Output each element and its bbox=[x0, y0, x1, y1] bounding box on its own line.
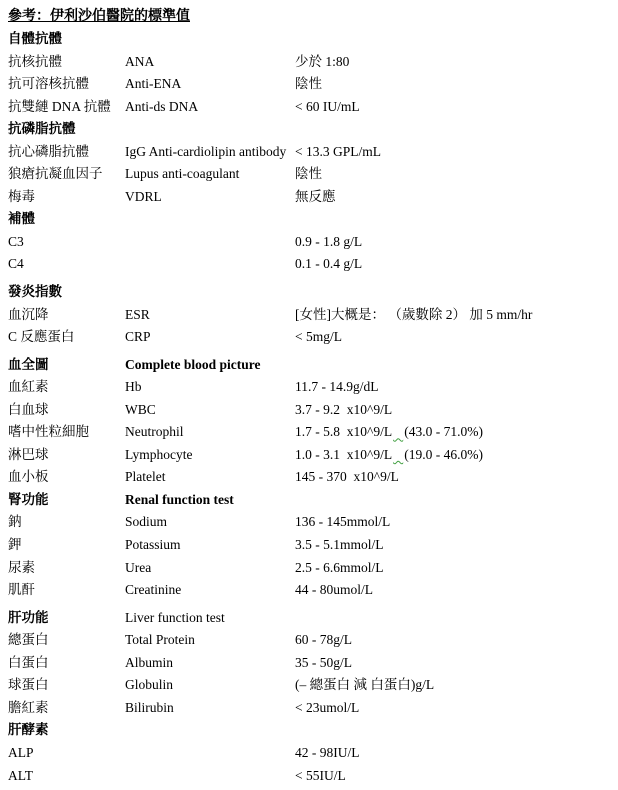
row-label-zh: 自體抗體 bbox=[8, 28, 125, 51]
row-value: 少於 1:80 bbox=[295, 51, 618, 74]
table-row: 白血球WBC3.7 - 9.2 x10^9/L bbox=[8, 399, 618, 422]
table-row: 膽紅素Bilirubin< 23umol/L bbox=[8, 697, 618, 720]
row-label-en: Platelet bbox=[125, 466, 295, 489]
row-label-zh: ALT bbox=[8, 765, 125, 788]
section-header-row: 腎功能Renal function test bbox=[8, 489, 618, 512]
row-value: 無反應 bbox=[295, 186, 618, 209]
row-value: 1.0 - 3.1 x10^9/L (19.0 - 46.0%) bbox=[295, 444, 618, 467]
row-label-zh: 發炎指數 bbox=[8, 281, 125, 304]
row-label-zh: C 反應蛋白 bbox=[8, 326, 125, 349]
row-value: < 13.3 GPL/mL bbox=[295, 141, 618, 164]
row-value: < 60 IU/mL bbox=[295, 96, 618, 119]
table-row: ALP42 - 98IU/L bbox=[8, 742, 618, 765]
section-header-row: 肝功能Liver function test bbox=[8, 607, 618, 630]
row-label-zh: 鉀 bbox=[8, 534, 125, 557]
row-value: (– 總蛋白 減 白蛋白)g/L bbox=[295, 674, 618, 697]
row-value: 136 - 145mmol/L bbox=[295, 511, 618, 534]
page-title: 參考：伊利沙伯醫院的標準值 bbox=[8, 6, 618, 28]
table-row: 抗核抗體ANA少於 1:80 bbox=[8, 51, 618, 74]
row-value: 0.1 - 0.4 g/L bbox=[295, 253, 618, 276]
row-label-zh: 血小板 bbox=[8, 466, 125, 489]
grammar-squiggle bbox=[393, 444, 403, 467]
row-label-zh: 抗磷脂抗體 bbox=[8, 118, 125, 141]
section-header-row: 血全圖Complete blood picture bbox=[8, 354, 618, 377]
row-label-zh: 血沉降 bbox=[8, 304, 125, 327]
row-value-percent: (19.0 - 46.0%) bbox=[404, 447, 483, 462]
row-label-zh: 肌酐 bbox=[8, 579, 125, 602]
row-label-en: Lupus anti-coagulant bbox=[125, 163, 295, 186]
table-row: C 反應蛋白CRP< 5mg/L bbox=[8, 326, 618, 349]
table-row: 嗜中性粒細胞Neutrophil1.7 - 5.8 x10^9/L (43.0 … bbox=[8, 421, 618, 444]
section-header-row: 肝酵素 bbox=[8, 719, 618, 742]
table-row: 總蛋白Total Protein60 - 78g/L bbox=[8, 629, 618, 652]
table-row: 鉀Potassium3.5 - 5.1mmol/L bbox=[8, 534, 618, 557]
row-label-en: Complete blood picture bbox=[125, 354, 295, 377]
row-label-zh: 白血球 bbox=[8, 399, 125, 422]
row-label-zh: 白蛋白 bbox=[8, 652, 125, 675]
row-value: 陰性 bbox=[295, 163, 618, 186]
reference-table: 自體抗體抗核抗體ANA少於 1:80抗可溶核抗體Anti-ENA陰性抗雙縺 DN… bbox=[8, 28, 618, 787]
row-label-zh: 抗核抗體 bbox=[8, 51, 125, 74]
row-label-en: Creatinine bbox=[125, 579, 295, 602]
row-label-zh: ALP bbox=[8, 742, 125, 765]
section-header-row: 抗磷脂抗體 bbox=[8, 118, 618, 141]
row-label-zh: 總蛋白 bbox=[8, 629, 125, 652]
table-row: 白蛋白Albumin35 - 50g/L bbox=[8, 652, 618, 675]
table-row: 鈉Sodium136 - 145mmol/L bbox=[8, 511, 618, 534]
table-row: 血沉降ESR[女性]大概是： （歲數除 2） 加 5 mm/hr bbox=[8, 304, 618, 327]
table-row: 梅毒VDRL無反應 bbox=[8, 186, 618, 209]
row-label-zh: 血全圖 bbox=[8, 354, 125, 377]
row-value: 1.7 - 5.8 x10^9/L (43.0 - 71.0%) bbox=[295, 421, 618, 444]
row-label-en: Anti-ds DNA bbox=[125, 96, 295, 119]
row-label-zh: 尿素 bbox=[8, 557, 125, 580]
row-label-en: Albumin bbox=[125, 652, 295, 675]
row-value: < 5mg/L bbox=[295, 326, 618, 349]
row-label-zh: 肝功能 bbox=[8, 607, 125, 630]
row-label-en: Renal function test bbox=[125, 489, 295, 512]
row-label-zh: C3 bbox=[8, 231, 125, 254]
row-value: 3.7 - 9.2 x10^9/L bbox=[295, 399, 618, 422]
row-label-en: Lymphocyte bbox=[125, 444, 295, 467]
section-header-row: 自體抗體 bbox=[8, 28, 618, 51]
row-value: < 55IU/L bbox=[295, 765, 618, 788]
row-label-zh: 血紅素 bbox=[8, 376, 125, 399]
table-row: 血小板Platelet145 - 370 x10^9/L bbox=[8, 466, 618, 489]
document-page: 參考：伊利沙伯醫院的標準值 自體抗體抗核抗體ANA少於 1:80抗可溶核抗體An… bbox=[0, 0, 618, 787]
row-label-en: IgG Anti-cardiolipin antibody bbox=[125, 141, 295, 164]
row-label-en: Potassium bbox=[125, 534, 295, 557]
row-value: [女性]大概是： （歲數除 2） 加 5 mm/hr bbox=[295, 304, 618, 327]
table-row: 血紅素Hb11.7 - 14.9g/dL bbox=[8, 376, 618, 399]
section-header-row: 補體 bbox=[8, 208, 618, 231]
table-row: 抗可溶核抗體Anti-ENA陰性 bbox=[8, 73, 618, 96]
row-value: 60 - 78g/L bbox=[295, 629, 618, 652]
table-row: 抗雙縺 DNA 抗體Anti-ds DNA< 60 IU/mL bbox=[8, 96, 618, 119]
row-label-zh: 抗雙縺 DNA 抗體 bbox=[8, 96, 125, 119]
table-row: C30.9 - 1.8 g/L bbox=[8, 231, 618, 254]
row-value: 35 - 50g/L bbox=[295, 652, 618, 675]
row-label-zh: 嗜中性粒細胞 bbox=[8, 421, 125, 444]
table-row: 球蛋白Globulin(– 總蛋白 減 白蛋白)g/L bbox=[8, 674, 618, 697]
row-label-zh: 抗可溶核抗體 bbox=[8, 73, 125, 96]
row-label-en: Neutrophil bbox=[125, 421, 295, 444]
section-header-row: 發炎指數 bbox=[8, 281, 618, 304]
row-label-zh: C4 bbox=[8, 253, 125, 276]
row-label-en: ESR bbox=[125, 304, 295, 327]
row-value: < 23umol/L bbox=[295, 697, 618, 720]
row-label-zh: 肝酵素 bbox=[8, 719, 125, 742]
row-label-en: Anti-ENA bbox=[125, 73, 295, 96]
row-label-zh: 膽紅素 bbox=[8, 697, 125, 720]
row-value: 42 - 98IU/L bbox=[295, 742, 618, 765]
row-label-en: Globulin bbox=[125, 674, 295, 697]
row-label-en: Urea bbox=[125, 557, 295, 580]
row-label-en: WBC bbox=[125, 399, 295, 422]
row-label-en: Sodium bbox=[125, 511, 295, 534]
row-label-zh: 腎功能 bbox=[8, 489, 125, 512]
row-value: 11.7 - 14.9g/dL bbox=[295, 376, 618, 399]
table-row: C40.1 - 0.4 g/L bbox=[8, 253, 618, 276]
row-value: 2.5 - 6.6mmol/L bbox=[295, 557, 618, 580]
row-label-en: ANA bbox=[125, 51, 295, 74]
row-label-zh: 抗心磷脂抗體 bbox=[8, 141, 125, 164]
row-label-zh: 淋巴球 bbox=[8, 444, 125, 467]
table-row: 狼瘡抗凝血因子Lupus anti-coagulant陰性 bbox=[8, 163, 618, 186]
row-label-zh: 狼瘡抗凝血因子 bbox=[8, 163, 125, 186]
row-label-zh: 球蛋白 bbox=[8, 674, 125, 697]
row-value-percent: (43.0 - 71.0%) bbox=[404, 424, 483, 439]
table-row: 抗心磷脂抗體IgG Anti-cardiolipin antibody< 13.… bbox=[8, 141, 618, 164]
table-row: 肌酐Creatinine44 - 80umol/L bbox=[8, 579, 618, 602]
row-label-en: VDRL bbox=[125, 186, 295, 209]
grammar-squiggle bbox=[393, 421, 403, 444]
table-row: ALT< 55IU/L bbox=[8, 765, 618, 788]
table-row: 淋巴球Lymphocyte1.0 - 3.1 x10^9/L (19.0 - 4… bbox=[8, 444, 618, 467]
row-value: 0.9 - 1.8 g/L bbox=[295, 231, 618, 254]
row-value: 陰性 bbox=[295, 73, 618, 96]
row-label-zh: 鈉 bbox=[8, 511, 125, 534]
row-label-en: CRP bbox=[125, 326, 295, 349]
row-label-zh: 梅毒 bbox=[8, 186, 125, 209]
row-label-zh: 補體 bbox=[8, 208, 125, 231]
row-value: 145 - 370 x10^9/L bbox=[295, 466, 618, 489]
row-label-en: Liver function test bbox=[125, 607, 295, 630]
row-label-en: Bilirubin bbox=[125, 697, 295, 720]
table-row: 尿素Urea2.5 - 6.6mmol/L bbox=[8, 557, 618, 580]
row-value: 44 - 80umol/L bbox=[295, 579, 618, 602]
row-label-en: Hb bbox=[125, 376, 295, 399]
row-value: 3.5 - 5.1mmol/L bbox=[295, 534, 618, 557]
row-label-en: Total Protein bbox=[125, 629, 295, 652]
